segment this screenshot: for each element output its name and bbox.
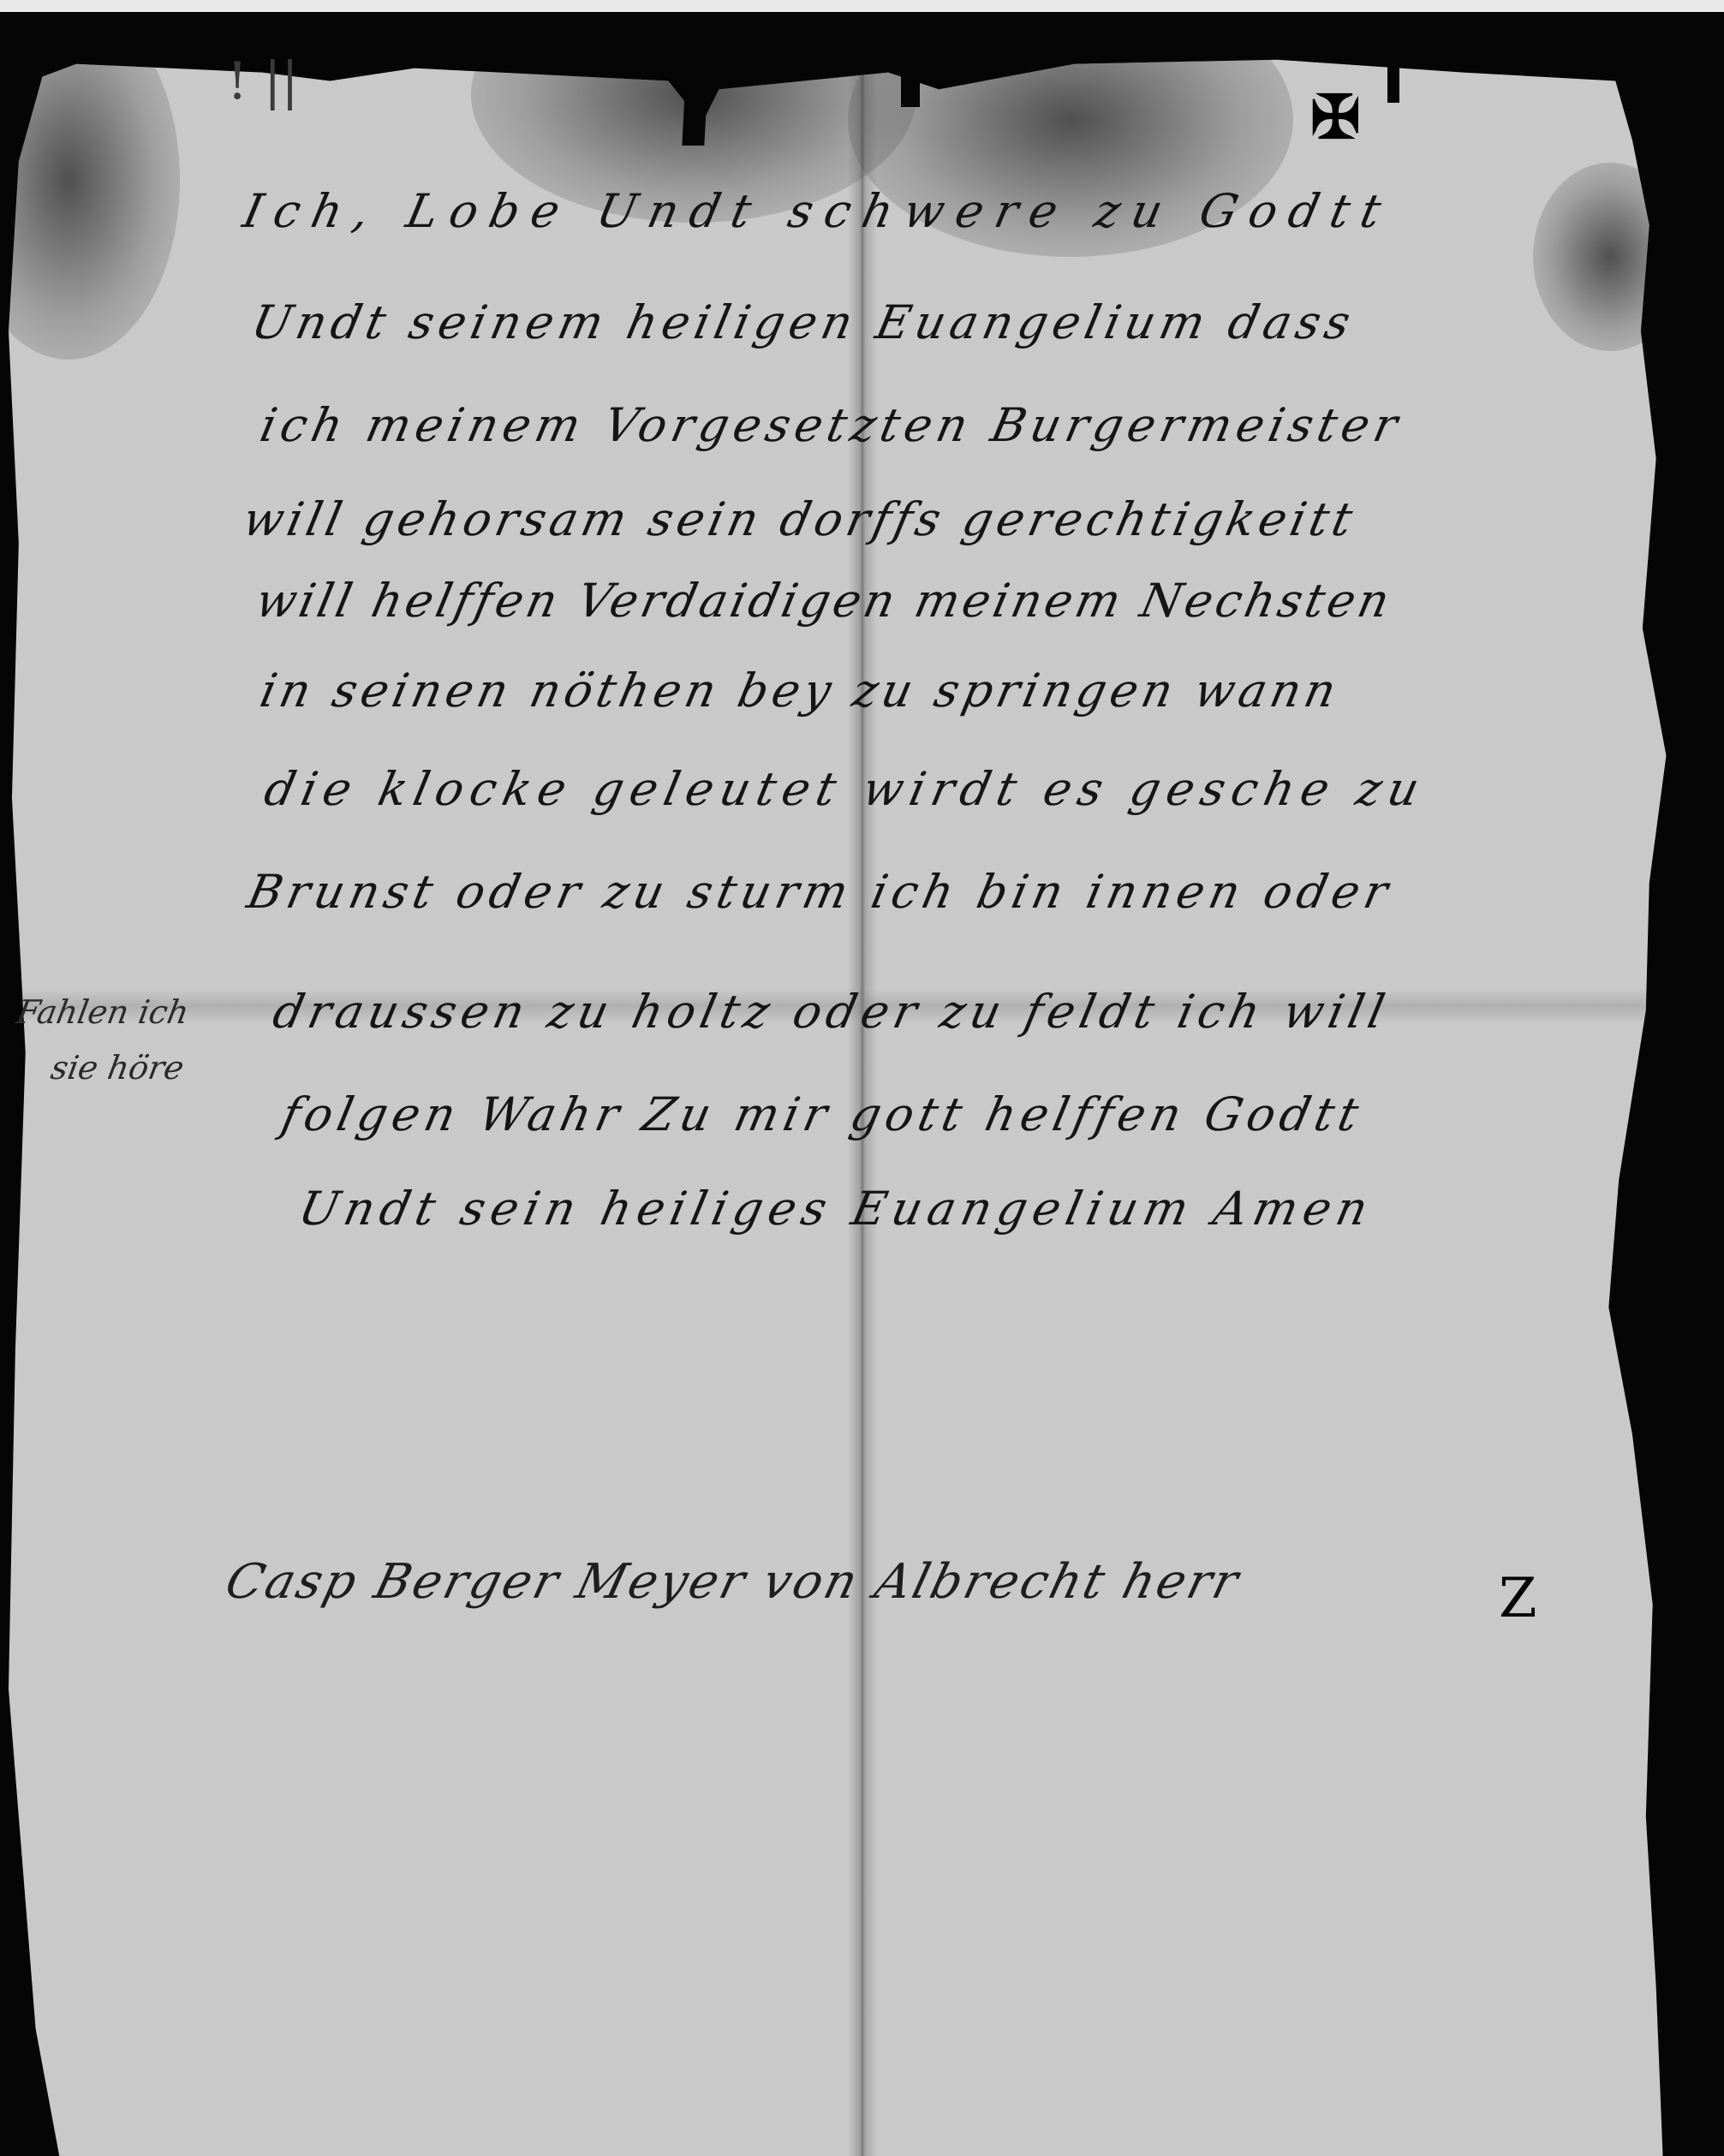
margin-note-2: sie höre: [48, 1049, 187, 1087]
text-line-10: folgen Wahr Zu mir gott helffen Godtt: [277, 1087, 1368, 1141]
text-line-7: die klocke geleutet wirdt es gesche zu: [259, 762, 1430, 816]
text-line-3: ich meinem Vorgesetzten Burgermeister: [255, 398, 1407, 452]
water-stain-top-right: [1533, 163, 1687, 351]
signature-mark-icon: Z: [1499, 1567, 1536, 1630]
text-line-6: in seinen nöthen bey zu springen wann: [255, 664, 1345, 718]
signature-line: Casp Berger Meyer von Albrecht herr: [220, 1554, 1246, 1610]
text-line-4: will gehorsam sein dorffs gerechtigkeitt: [238, 492, 1361, 546]
water-stain-top-left: [0, 0, 180, 360]
margin-note-1: Fahlen ich: [14, 993, 192, 1031]
text-line-9: draussen zu holtz oder zu feldt ich will: [268, 985, 1394, 1039]
tear-top-2: [901, 26, 920, 107]
text-line-1: Ich, Lobe Undt schwere zu Godtt: [238, 184, 1398, 238]
corner-ornament-icon: ✠: [1310, 81, 1361, 152]
text-line-5: will helffen Verdaidigen meinem Nechsten: [251, 574, 1398, 628]
scan-top-edge: [0, 0, 1724, 12]
text-line-2: Undt seinem heiligen Euangelium dass: [247, 295, 1360, 349]
text-line-11: Undt sein heiliges Euangelium Amen: [294, 1182, 1378, 1236]
tear-top-3: [1387, 26, 1399, 103]
top-marks: ! ||: [227, 51, 299, 111]
text-line-8: Brunst oder zu sturm ich bin innen oder: [242, 865, 1398, 919]
